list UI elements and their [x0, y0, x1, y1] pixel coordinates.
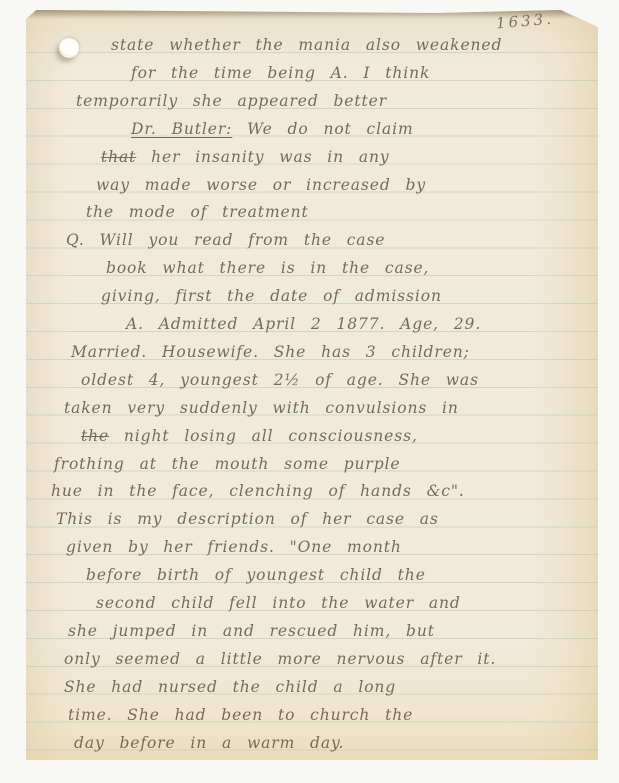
handwriting-segment: Married. Housewife. She has 3 children;	[71, 343, 470, 361]
handwriting-segment: oldest 4, youngest 2½ of age. She was	[81, 371, 479, 389]
handwriting-segment: the	[81, 427, 109, 445]
handwriting-segment: giving, first the date of admission	[101, 287, 442, 305]
handwriting-segment: state whether the mania also weakened	[111, 36, 502, 54]
handwriting-line: time. She had been to church the	[68, 701, 413, 729]
handwriting-line: temporarily she appeared better	[76, 87, 387, 115]
handwriting-segment: before birth of youngest child the	[86, 566, 426, 584]
handwriting-segment: hue in the face, clenching of hands &c".	[51, 482, 465, 500]
handwriting-segment: for the time being A. I think	[131, 64, 430, 82]
manuscript-page: 1633. state whether the mania also weake…	[26, 10, 598, 760]
handwriting-line: only seemed a little more nervous after …	[64, 645, 496, 673]
handwriting-segment: taken very suddenly with convulsions in	[64, 399, 459, 417]
handwriting-segment: She had nursed the child a long	[64, 678, 396, 696]
handwriting-line: Q. Will you read from the case	[66, 226, 385, 254]
handwriting-line: A. Admitted April 2 1877. Age, 29.	[126, 310, 481, 338]
handwriting-line: taken very suddenly with convulsions in	[64, 394, 459, 422]
handwriting-line: second child fell into the water and	[96, 589, 461, 617]
handwriting-line: Married. Housewife. She has 3 children;	[71, 338, 470, 366]
handwriting-line: oldest 4, youngest 2½ of age. She was	[81, 366, 479, 394]
handwriting-line: she jumped in and rescued him, but	[68, 617, 435, 645]
handwriting-line: hue in the face, clenching of hands &c".	[51, 477, 465, 505]
handwriting-segment: given by her friends. "One month	[66, 538, 402, 556]
handwriting-line: frothing at the mouth some purple	[54, 450, 401, 478]
handwriting-segment: book what there is in the case,	[106, 259, 429, 277]
handwriting-line: given by her friends. "One month	[66, 533, 402, 561]
handwriting-segment: only seemed a little more nervous after …	[64, 650, 496, 668]
handwriting-segment: Q. Will you read from the case	[66, 231, 385, 249]
handwriting-line: that her insanity was in any	[101, 143, 390, 171]
handwriting-line: Dr. Butler: We do not claim	[131, 115, 414, 143]
handwriting-segment: the mode of treatment	[86, 203, 309, 221]
handwriting-line: She had nursed the child a long	[64, 673, 396, 701]
handwriting-line: the night losing all consciousness,	[81, 422, 418, 450]
handwriting-line: the mode of treatment	[86, 198, 309, 226]
handwriting-line: giving, first the date of admission	[101, 282, 442, 310]
handwriting-line: day before in a warm day.	[74, 729, 344, 757]
handwriting-segment: frothing at the mouth some purple	[54, 455, 401, 473]
handwriting-line: for the time being A. I think	[131, 59, 430, 87]
handwriting-segment: her insanity was in any	[136, 148, 389, 166]
handwriting-segment: second child fell into the water and	[96, 594, 461, 612]
handwriting-line: book what there is in the case,	[106, 254, 429, 282]
handwriting-line: state whether the mania also weakened	[111, 31, 502, 59]
handwriting-segment: Dr. Butler:	[131, 120, 232, 138]
handwriting-segment: A. Admitted April 2 1877. Age, 29.	[126, 315, 481, 333]
handwriting-segment: We do not claim	[232, 120, 413, 138]
handwriting-segment: temporarily she appeared better	[76, 92, 387, 110]
handwriting-segment: day before in a warm day.	[74, 734, 344, 752]
handwriting-line: This is my description of her case as	[56, 505, 439, 533]
handwriting-line: before birth of youngest child the	[86, 561, 426, 589]
handwriting-text: state whether the mania also weakenedfor…	[26, 10, 598, 760]
handwriting-segment: she jumped in and rescued him, but	[68, 622, 435, 640]
handwriting-segment: night losing all consciousness,	[109, 427, 418, 445]
handwriting-segment: time. She had been to church the	[68, 706, 413, 724]
handwriting-line: way made worse or increased by	[96, 171, 426, 199]
handwriting-segment: This is my description of her case as	[56, 510, 439, 528]
handwriting-segment: way made worse or increased by	[96, 176, 426, 194]
scanned-document-background: 1633. state whether the mania also weake…	[0, 0, 619, 783]
handwriting-segment: that	[101, 148, 136, 166]
